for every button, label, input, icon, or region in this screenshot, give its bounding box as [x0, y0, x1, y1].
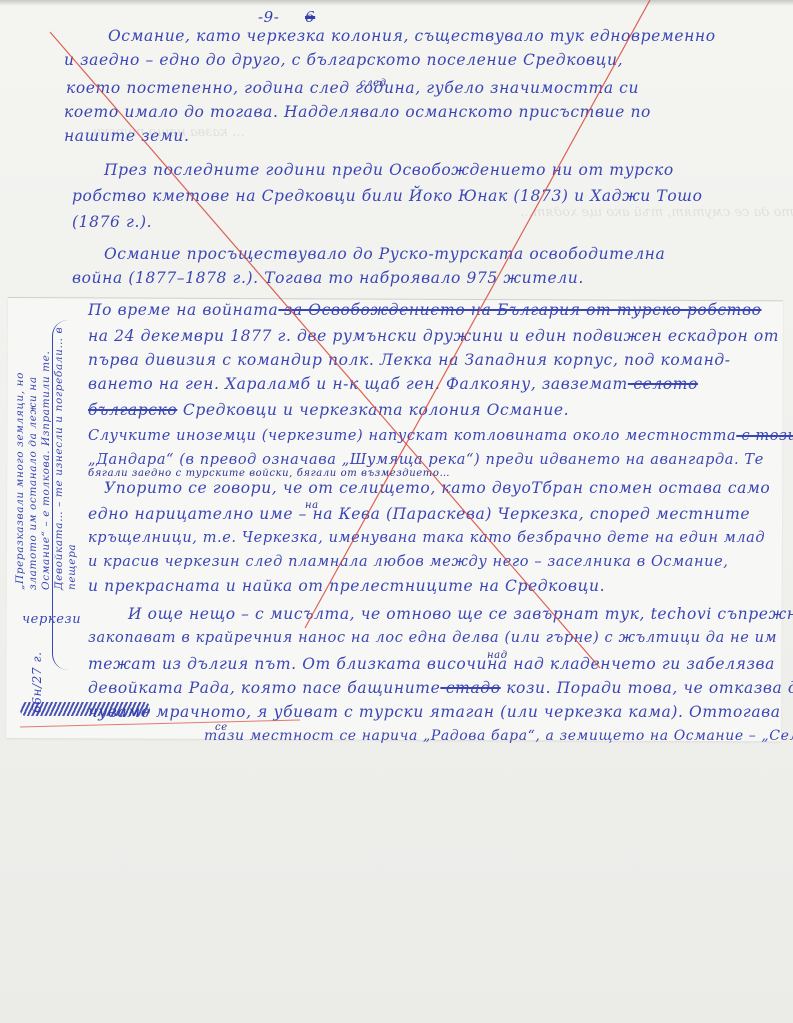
- text-line: (1876 г.).: [72, 212, 152, 232]
- text-line: Османие просъществувало до Руско-турскат…: [104, 244, 665, 264]
- text-line: което имало до тогава. Надделявало осман…: [64, 102, 651, 122]
- text-line: което постепенно, година след година, гу…: [66, 78, 639, 98]
- text-line: И още нещо – с мисълта, че отново ще се …: [128, 604, 793, 624]
- text-line: първа дивизия с командир полк. Лекка на …: [88, 350, 731, 370]
- text-line: По време на войната за Освобождението на…: [88, 300, 762, 320]
- text-line: на 24 декември 1877 г. две румънски друж…: [88, 326, 779, 346]
- text-line: и прекрасната и найка от прелестниците н…: [88, 576, 605, 596]
- struck-text: за Освобождението на България от турско …: [278, 301, 761, 319]
- margin-label: черкези: [22, 612, 81, 627]
- text-line: „Дандара“ (в превод означава „Шумяща рек…: [88, 450, 764, 470]
- margin-vertical-note: „Преразказвали много земляци, но златото…: [14, 320, 79, 590]
- text-line: и красив черкезин след пламнала любов ме…: [88, 552, 729, 572]
- text-line: Упорито се говори, че от селището, като …: [104, 478, 770, 498]
- text-line: чуваме мрачното, я убиват с турски ятага…: [88, 702, 781, 722]
- text-line: ването на ген. Хараламб и н-к щаб ген. Ф…: [88, 374, 698, 394]
- page-number-crossed: 6: [305, 8, 315, 26]
- scribbled-out-text: [20, 702, 150, 716]
- text-line: война (1877–1878 г.). Тогава то наброява…: [72, 268, 584, 288]
- text-line: девойката Рада, която пасе бащините стад…: [88, 678, 793, 698]
- text-line: българско Средковци и черкезката колония…: [88, 400, 569, 420]
- manuscript-sheet: … и то да се смутят, тъй ако ще ходят… ……: [0, 0, 793, 1023]
- text-line: нашите земи.: [64, 126, 190, 146]
- text-line: Османие, като черкезка колония, съществу…: [108, 26, 716, 46]
- text-line: Случките иноземци (черкезите) напускат к…: [88, 426, 793, 446]
- text-line: кръщелници, т.е. Черкезка, именувана так…: [88, 528, 765, 548]
- text-line: робство кметове на Средковци били Йоко Ю…: [72, 186, 703, 206]
- text-line: едно нарицателно име – на Кева (Параскев…: [88, 504, 750, 524]
- page-number: -9-: [258, 8, 279, 26]
- upper-page-section: -9- 6 Османие, като черкезка колония, съ…: [0, 0, 793, 297]
- struck-text: селото: [628, 375, 698, 393]
- text-line: тази местност се нарича „Радова бара“, а…: [204, 726, 793, 746]
- text-line: тежат из дългия път. От близката височин…: [88, 654, 775, 674]
- struck-text: с този 975 жители.: [736, 428, 793, 444]
- struck-text: стадо: [440, 679, 500, 697]
- text-line: закопават в крайречния нанос на лос една…: [88, 628, 777, 648]
- text-line: и заедно – едно до друго, с българското …: [64, 50, 623, 70]
- struck-text: българско: [88, 401, 177, 419]
- text-line: През последните години преди Освобождени…: [104, 160, 674, 180]
